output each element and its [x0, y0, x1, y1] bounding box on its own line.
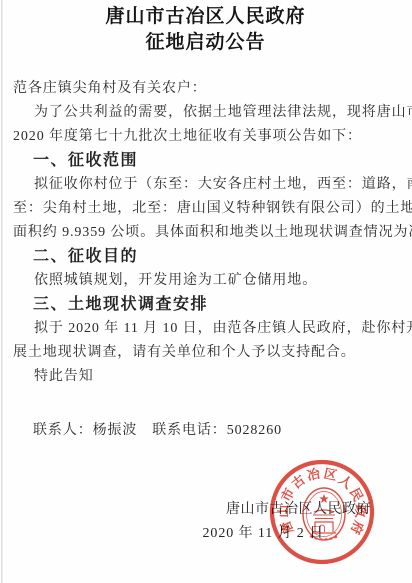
salutation: 范各庄镇尖角村及有关农户： [13, 77, 398, 101]
section-heading-3: 三、土地现状调查安排 [13, 293, 398, 317]
seal-gate-icon [310, 510, 338, 540]
svg-text:区: 区 [322, 466, 338, 483]
svg-text:府: 府 [348, 519, 367, 537]
national-emblem-icon [303, 488, 345, 540]
svg-text:山: 山 [276, 504, 291, 517]
body-line: 面积约 9.9359 公顷。具体面积和地类以土地现状调查情况为准。 [13, 221, 398, 245]
body-line: 至：尖角村土地，北至：唐山国义特种钢铁有限公司）的土地， [13, 197, 398, 221]
body-line: 拟于 2020 年 11 月 10 日，由范各庄镇人民政府，赴你村开 [13, 317, 398, 341]
body-line: 2020 年度第七十九批次土地征收有关事项公告如下： [13, 125, 398, 149]
section-heading-1: 一、征收范围 [13, 149, 398, 173]
closing-line: 特此告知 [13, 365, 398, 389]
document-title-line-1: 唐山市古冶区人民政府 [13, 4, 398, 30]
document-title-line-2: 征地启动公告 [13, 30, 398, 56]
body-line: 为了公共利益的需要，依据土地管理法律法规，现将唐山市 [13, 101, 398, 125]
announcement-page: 唐山市古冶区人民政府 征地启动公告 范各庄镇尖角村及有关农户： 为了公共利益的需… [0, 0, 412, 583]
svg-text:民: 民 [347, 486, 366, 504]
svg-text:冶: 冶 [306, 465, 323, 483]
section-heading-2: 二、征收目的 [13, 245, 398, 269]
contact-line: 联系人：杨振波 联系电话：5028260 [13, 419, 398, 443]
official-seal-icon: 唐山市古冶区人民政府 [262, 452, 382, 572]
body-line: 拟征收你村位于（东至：大安各庄村土地，西至：道路，南 [13, 173, 398, 197]
svg-text:政: 政 [353, 504, 368, 517]
body-line: 展土地现状调查，请有关单位和个人予以支持配合。 [13, 341, 398, 365]
body-line: 依照城镇规划，开发用途为工矿仓储用地。 [13, 269, 398, 293]
seal-star-icon [319, 494, 329, 503]
svg-text:唐: 唐 [277, 519, 296, 537]
